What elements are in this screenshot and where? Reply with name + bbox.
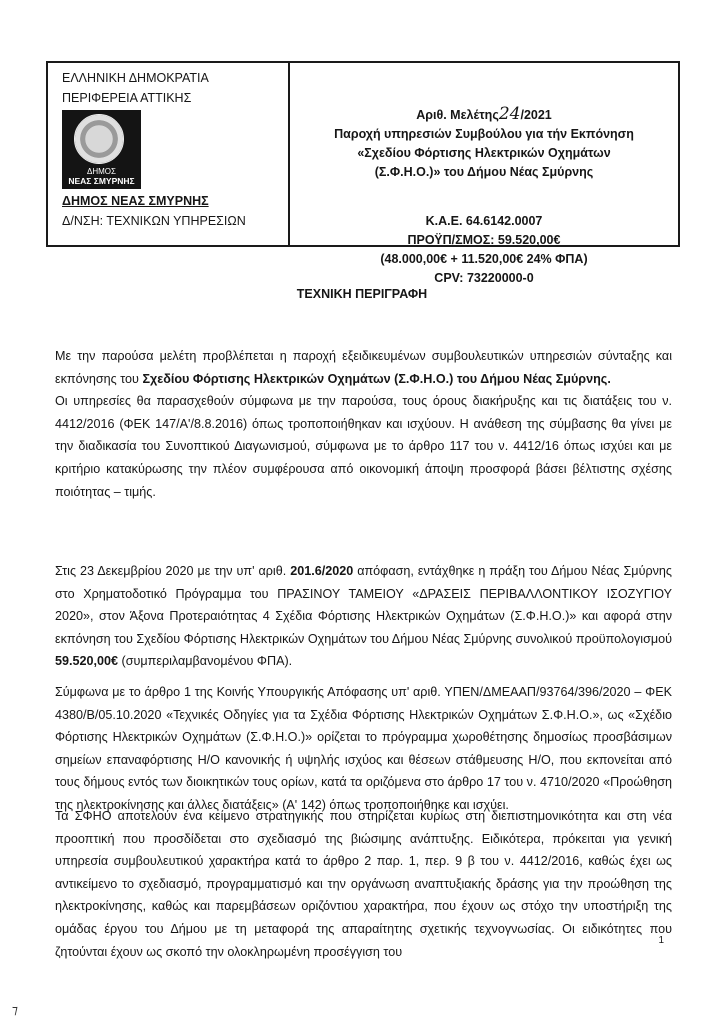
issuer-block: ΕΛΛΗΝΙΚΗ ΔΗΜΟΚΡΑΤΙΑ ΠΕΡΙΦΕΡΕΙΑ ΑΤΤΙΚΗΣ Δ…: [48, 63, 290, 245]
scan-mark: ⁊: [12, 1003, 18, 1017]
body-section-1: Με την παρούσα μελέτη προβλέπεται η παρο…: [55, 345, 672, 511]
subject-line-3: (Σ.Φ.Η.Ο.)» του Δήμου Νέας Σμύρνης: [290, 163, 678, 182]
directorate-label: Δ/ΝΣΗ: ΤΕΧΝΙΚΩΝ ΥΠΗΡΕΣΙΩΝ: [62, 211, 288, 231]
subject-line-2: «Σχεδίου Φόρτισης Ηλεκτρικών Οχημάτων: [290, 144, 678, 163]
funding-text-a: Στις 23 Δεκεμβρίου 2020 με την υπ' αριθ.: [55, 564, 290, 578]
study-info-block: Αριθ. Μελέτης24/2021 Παροχή υπηρεσιών Συ…: [290, 63, 678, 245]
decision-number: 201.6/2020: [290, 564, 353, 578]
budget-total: ΠΡΟΫΠ/ΣΜΟΣ: 59.520,00€: [290, 231, 678, 250]
seal-icon: [74, 114, 124, 164]
cpv-code: CPV: 73220000-0: [290, 269, 678, 288]
header-table: ΕΛΛΗΝΙΚΗ ΔΗΜΟΚΡΑΤΙΑ ΠΕΡΙΦΕΡΕΙΑ ΑΤΤΙΚΗΣ Δ…: [46, 61, 680, 247]
municipality-logo: ΔΗΜΟΣ ΝΕΑΣ ΣΜΥΡΝΗΣ: [62, 110, 141, 189]
document-title: ΤΕΧΝΙΚΗ ΠΕΡΙΓΡΑΦΗ: [0, 287, 724, 301]
region-label: ΠΕΡΙΦΕΡΕΙΑ ΑΤΤΙΚΗΣ: [62, 88, 288, 108]
funding-text-f: Σχέδια Φόρτισης: [275, 609, 370, 623]
municipality-name: ΔΗΜΟΣ ΝΕΑΣ ΣΜΥΡΝΗΣ: [62, 191, 288, 211]
paragraph-strategy: Τα ΣΦΗΟ αποτελούν ένα κείμενο στρατηγική…: [55, 805, 672, 963]
body-section-2: Στις 23 Δεκεμβρίου 2020 με την υπ' αριθ.…: [55, 560, 672, 825]
logo-text-2: ΝΕΑΣ ΣΜΥΡΝΗΣ: [62, 176, 141, 186]
intro-bold-text: Σχεδίου Φόρτισης Ηλεκτρικών Οχημάτων (Σ.…: [142, 372, 610, 386]
services-text: Οι υπηρεσίες θα παρασχεθούν σύμφωνα με τ…: [55, 394, 672, 498]
budget-amount: 59.520,00€: [55, 654, 118, 668]
page-number: 1: [658, 935, 664, 946]
paragraph-intro: Με την παρούσα μελέτη προβλέπεται η παρο…: [55, 345, 672, 503]
funding-text-e: , στον Άξονα Προτεραιότητας 4: [90, 609, 275, 623]
paragraph-legal-definition: Σύμφωνα με το άρθρο 1 της Κοινής Υπουργι…: [55, 681, 672, 817]
subject-line-1: Παροχή υπηρεσιών Συμβούλου για τήν Εκπόν…: [290, 125, 678, 144]
funding-text-i: (συμπεριλαμβανομένου ΦΠΑ).: [118, 654, 292, 668]
kae-code: Κ.Α.Ε. 64.6142.0007: [290, 212, 678, 231]
logo-text-1: ΔΗΜΟΣ: [62, 167, 141, 176]
study-number: Αριθ. Μελέτης24/2021: [290, 105, 678, 125]
body-section-3: Τα ΣΦΗΟ αποτελούν ένα κείμενο στρατηγική…: [55, 805, 672, 971]
republic-label: ΕΛΛΗΝΙΚΗ ΔΗΜΟΚΡΑΤΙΑ: [62, 68, 288, 88]
study-number-suffix: /2021: [520, 108, 551, 122]
study-number-handwritten: 24: [499, 104, 521, 124]
study-number-prefix: Αριθ. Μελέτης: [416, 108, 499, 122]
budget-breakdown: (48.000,00€ + 11.520,00€ 24% ΦΠΑ): [290, 250, 678, 269]
paragraph-funding: Στις 23 Δεκεμβρίου 2020 με την υπ' αριθ.…: [55, 560, 672, 673]
